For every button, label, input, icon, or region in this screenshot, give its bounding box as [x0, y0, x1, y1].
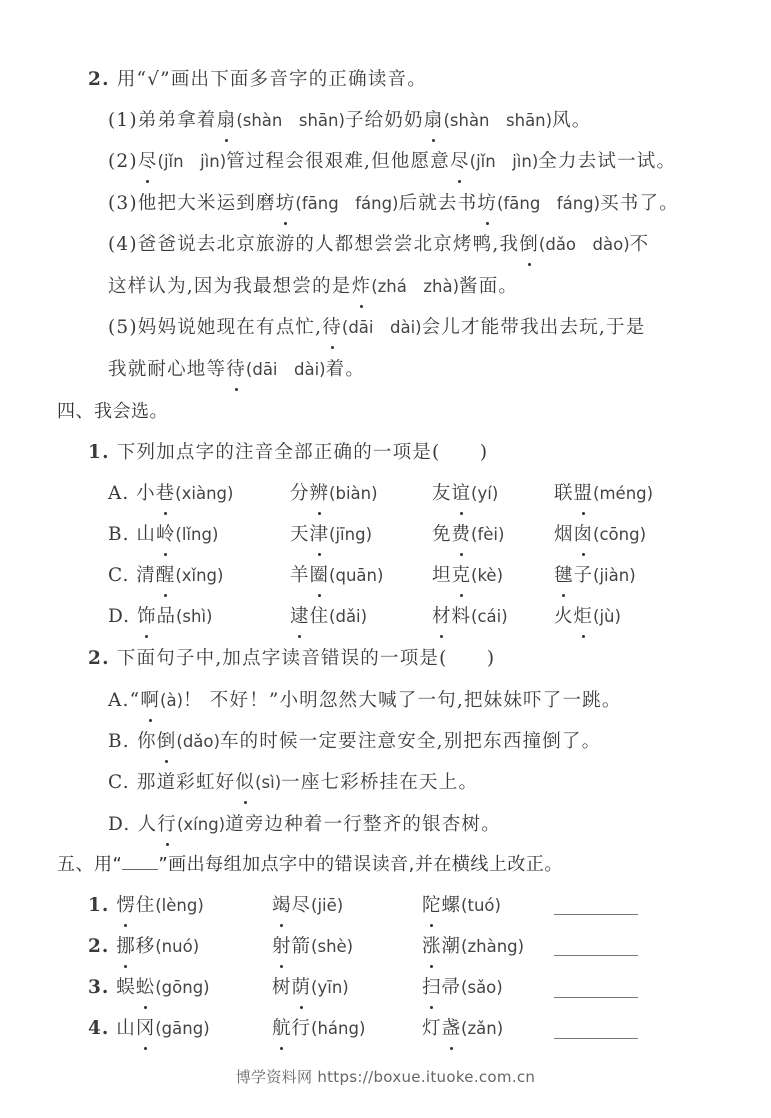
pinyin-choice[interactable]: (shàn shān)	[443, 111, 552, 130]
text: 那道彩虹好	[137, 772, 236, 793]
dotted-char: 醒	[156, 563, 176, 589]
q2-option-C[interactable]: C. 那道彩虹好似(sì)一座七彩桥挂在天上。	[108, 770, 478, 796]
pinyin[interactable]: (zǎn)	[461, 1019, 503, 1038]
pinyin: (cōng)	[593, 525, 646, 544]
pinyin: (lǐng)	[175, 525, 218, 544]
pinyin-choice[interactable]: (jǐn jìn)	[158, 152, 227, 171]
dotted-char: 毽	[554, 563, 574, 589]
option-word: A. 小巷(xiàng)	[108, 481, 233, 507]
dotted-char: 扇	[217, 108, 237, 134]
q2-item-4-line1: (4)爸爸说去北京旅游的人都想尝尝北京烤鸭,我倒(dǎo dào)不	[108, 232, 649, 258]
char: 天	[290, 524, 310, 545]
dotted-char: 饰	[137, 604, 157, 630]
option-word: B. 山岭(lǐng)	[108, 522, 218, 548]
text: 风。	[552, 110, 591, 131]
pinyin[interactable]: (zhàng)	[461, 937, 524, 956]
pinyin: (jiàn)	[593, 566, 636, 585]
pinyin[interactable]: (nuó)	[155, 937, 199, 956]
q2-item-3: (3)他把大米运到磨坊(fāng fáng)后就去书坊(fāng fáng)买书…	[108, 191, 679, 217]
dotted-char[interactable]: 扫	[422, 975, 442, 1001]
answer-blank[interactable]	[554, 1038, 638, 1039]
q2-option-A[interactable]: A.“啊(à)！ 不好！”小明忽然大喊了一句,把妹妹吓了一跳。	[108, 688, 622, 714]
section-5-heading: 五、用“”画出每组加点字中的错误读音,并在横线上改正。	[57, 852, 563, 878]
char: 清	[136, 565, 156, 586]
char: 灯	[422, 1018, 442, 1039]
text: ！ 不好！”小明忽然大喊了一句,把妹妹吓了一跳。	[183, 690, 622, 711]
dotted-char[interactable]: 盏	[442, 1016, 462, 1042]
pinyin: (shì)	[176, 607, 213, 626]
text: 一座七彩桥挂在天上。	[281, 772, 478, 793]
dotted-char: 待	[226, 357, 246, 383]
row-number: 4.	[88, 1018, 109, 1039]
option-label: D.	[108, 606, 130, 627]
pinyin-choice[interactable]: (dāi dài)	[342, 318, 422, 337]
char: 帚	[442, 977, 462, 998]
text: 会儿才能带我出去玩,于是	[422, 317, 646, 338]
pinyin: (jù)	[593, 607, 621, 626]
pinyin-choice[interactable]: (fāng fáng)	[295, 194, 398, 213]
text: 我就耐心地等	[108, 359, 226, 380]
section4-q2-title: 2. 下面句子中,加点字读音错误的一项是( )	[88, 646, 495, 672]
word: 4. 山冈(gāng)	[88, 1016, 210, 1042]
text: (4)爸爸说去北京旅游的人都想尝尝北京烤鸭,我	[108, 234, 519, 255]
text: 全力去试一试。	[538, 151, 676, 172]
pinyin[interactable]: (lèng)	[155, 896, 204, 915]
dotted-char[interactable]: 挪	[116, 934, 136, 960]
pinyin-choice[interactable]: (zhá zhà)	[371, 277, 459, 296]
answer-blank[interactable]	[554, 914, 638, 915]
pinyin: (biàn)	[329, 484, 378, 503]
text: 酱面。	[459, 276, 518, 297]
question-2-title: 2. 用“√”画出下面多音字的正确读音。	[88, 67, 427, 93]
pinyin[interactable]: (yīn)	[311, 978, 349, 997]
pinyin[interactable]: (háng)	[311, 1019, 365, 1038]
q2-item-5-line2: 我就耐心地等待(dāi dài)着。	[108, 357, 365, 383]
heading-text: 五、用“	[57, 854, 122, 875]
question-number: 2.	[88, 648, 110, 669]
option-label: D.	[108, 814, 130, 835]
char: 品	[156, 606, 176, 627]
char: 住	[310, 606, 330, 627]
word: 灯盏(zǎn)	[422, 1016, 503, 1042]
dotted-char: 似	[235, 770, 255, 796]
char: 树	[272, 977, 292, 998]
text: 你	[137, 731, 157, 752]
word: 射箭(shè)	[272, 934, 353, 960]
dotted-char[interactable]: 射	[272, 934, 292, 960]
option-word: 羊圈(quān)	[290, 563, 383, 589]
dotted-char: 尽	[450, 149, 470, 175]
text: (1)弟弟拿着	[108, 110, 217, 131]
pinyin: (fèi)	[471, 525, 504, 544]
option-label: B.	[108, 524, 129, 545]
footer-watermark: 博学资料网 https://boxue.ituoke.com.cn	[0, 1066, 771, 1087]
pinyin: (à)	[160, 691, 183, 710]
text: (2)	[108, 151, 138, 172]
pinyin: (cái)	[471, 607, 508, 626]
q2-item-1: (1)弟弟拿着扇(shàn shān)子给奶奶扇(shàn shān)风。	[108, 108, 591, 134]
option-label: B.	[108, 731, 130, 752]
text: 人	[138, 814, 158, 835]
text: 车的时候一定要注意安全,别把东西撞倒了。	[220, 731, 601, 752]
pinyin[interactable]: (jiē)	[311, 896, 343, 915]
text: 不	[630, 234, 650, 255]
underline-sample	[122, 855, 158, 870]
dotted-char: 待	[322, 315, 342, 341]
option-word: 逮住(dǎi)	[290, 604, 367, 630]
char: 住	[136, 895, 156, 916]
text: 管过程会很艰难,但他愿意	[226, 151, 450, 172]
dotted-char: 倒	[519, 232, 539, 258]
option-word: D. 饰品(shì)	[108, 604, 213, 630]
text: 后就去书	[399, 193, 478, 214]
q2-item-2: (2)尽(jǐn jìn)管过程会很艰难,但他愿意尽(jǐn jìn)全力去试一…	[108, 149, 676, 175]
pinyin[interactable]: (tuó)	[461, 896, 501, 915]
char: 火	[554, 606, 574, 627]
question-text: 下列加点字的注音全部正确的一项是( )	[117, 442, 488, 463]
char: 烟	[554, 524, 574, 545]
char: 移	[136, 936, 156, 957]
option-word: 分辨(biàn)	[290, 481, 378, 507]
char: 羊	[290, 565, 310, 586]
text: (5)妈妈说她现在有点忙,	[108, 317, 322, 338]
answer-blank[interactable]	[554, 955, 638, 956]
dotted-char: 辨	[310, 481, 330, 507]
text: 子给奶奶	[345, 110, 424, 131]
dotted-char[interactable]: 冈	[136, 1016, 156, 1042]
dotted-char: 尽	[138, 149, 158, 175]
pinyin: (jīng)	[329, 525, 372, 544]
option-word: 坦克(kè)	[432, 563, 503, 589]
dotted-char: 克	[452, 563, 472, 589]
question-number: 1.	[88, 442, 110, 463]
section-4-heading: 四、我会选。	[57, 399, 168, 425]
pinyin[interactable]: (gāng)	[155, 1019, 209, 1038]
pinyin: (méng)	[593, 484, 653, 503]
q2-option-D[interactable]: D. 人行(xíng)道旁边种着一行整齐的银杏树。	[108, 812, 501, 838]
dotted-char[interactable]: 蚣	[136, 975, 156, 1001]
char: 坦	[432, 565, 452, 586]
dotted-char: 行	[157, 812, 177, 838]
pinyin-choice[interactable]: (dǎo dào)	[539, 235, 630, 254]
option-word: C. 清醒(xǐng)	[108, 563, 223, 589]
pinyin-choice[interactable]: (dāi dài)	[246, 360, 326, 379]
char: 友	[432, 483, 452, 504]
char: 行	[292, 1018, 312, 1039]
row-number: 1.	[88, 895, 109, 916]
option-word: 烟囱(cōng)	[554, 522, 646, 548]
char: 潮	[442, 936, 462, 957]
char: 箭	[292, 936, 312, 957]
char: 山	[116, 1018, 136, 1039]
option-word: 材料(cái)	[432, 604, 508, 630]
dotted-char: 津	[310, 522, 330, 548]
dotted-char: 盟	[574, 481, 594, 507]
pinyin[interactable]: (shè)	[311, 937, 353, 956]
char: 联	[554, 483, 574, 504]
dotted-char: 扇	[424, 108, 444, 134]
pinyin: (xǐng)	[175, 566, 223, 585]
dotted-char: 材	[432, 604, 452, 630]
word: 航行(háng)	[272, 1016, 365, 1042]
char: 蜈	[116, 977, 136, 998]
dotted-char: 炸	[351, 274, 371, 300]
option-label: C.	[108, 565, 129, 586]
char: 子	[574, 565, 594, 586]
pinyin[interactable]: (sǎo)	[461, 978, 503, 997]
option-word: 毽子(jiàn)	[554, 563, 636, 589]
text: 这样认为,因为我最想尝的是	[108, 276, 351, 297]
text: “	[130, 690, 141, 711]
option-word: 免费(fèi)	[432, 522, 504, 548]
dotted-char: 炬	[574, 604, 594, 630]
question-text: 用“√”画出下面多音字的正确读音。	[117, 69, 427, 90]
section4-q1-title: 1. 下列加点字的注音全部正确的一项是( )	[88, 440, 488, 466]
pinyin-choice[interactable]: (fāng fáng)	[497, 194, 600, 213]
option-label: A.	[108, 483, 129, 504]
option-word: 天津(jīng)	[290, 522, 372, 548]
pinyin-choice[interactable]: (jǐn jìn)	[470, 152, 539, 171]
word: 1. 愣住(lèng)	[88, 893, 204, 919]
option-word: 火炬(jù)	[554, 604, 621, 630]
pinyin[interactable]: (gōng)	[155, 978, 209, 997]
char: 小	[136, 483, 156, 504]
pinyin: (xiàng)	[175, 484, 233, 503]
text: 道旁边种着一行整齐的银杏树。	[225, 814, 501, 835]
word: 扫帚(sǎo)	[422, 975, 503, 1001]
dotted-char: 坊	[276, 191, 296, 217]
dotted-char: 倒	[157, 729, 177, 755]
q2-item-5-line1: (5)妈妈说她现在有点忙,待(dāi dài)会儿才能带我出去玩,于是	[108, 315, 645, 341]
pinyin: (yí)	[471, 484, 498, 503]
dotted-char: 圈	[310, 563, 330, 589]
text: (3)他把大米运到磨	[108, 193, 276, 214]
pinyin-choice[interactable]: (shàn shān)	[236, 111, 345, 130]
option-label: A.	[108, 690, 130, 711]
heading-text: ”画出每组加点字中的错误读音,并在横线上改正。	[158, 854, 563, 875]
word: 竭尽(jiē)	[272, 893, 343, 919]
pinyin: (quān)	[329, 566, 383, 585]
answer-blank[interactable]	[554, 997, 638, 998]
dotted-char[interactable]: 愣	[116, 893, 136, 919]
option-word: 友谊(yí)	[432, 481, 498, 507]
pinyin: (dǎo)	[176, 732, 220, 751]
option-word: 联盟(méng)	[554, 481, 653, 507]
dotted-char: 囱	[574, 522, 594, 548]
dotted-char[interactable]: 荫	[292, 975, 312, 1001]
option-label: C.	[108, 772, 130, 793]
word: 2. 挪移(nuó)	[88, 934, 199, 960]
char: 尽	[292, 895, 312, 916]
row-number: 3.	[88, 977, 109, 998]
char: 分	[290, 483, 310, 504]
dotted-char: 巷	[156, 481, 176, 507]
row-number: 2.	[88, 936, 109, 957]
char: 料	[452, 606, 472, 627]
dotted-char[interactable]: 涨	[422, 934, 442, 960]
word: 3. 蜈蚣(gōng)	[88, 975, 210, 1001]
text: 着。	[326, 359, 365, 380]
dotted-char: 费	[452, 522, 472, 548]
q2-option-B[interactable]: B. 你倒(dǎo)车的时候一定要注意安全,别把东西撞倒了。	[108, 729, 601, 755]
word: 涨潮(zhàng)	[422, 934, 524, 960]
text: 买书了。	[600, 193, 679, 214]
pinyin: (dǎi)	[329, 607, 367, 626]
char: 螺	[442, 895, 462, 916]
char: 山	[136, 524, 156, 545]
dotted-char[interactable]: 竭	[272, 893, 292, 919]
word: 树荫(yīn)	[272, 975, 349, 1001]
dotted-char: 岭	[156, 522, 176, 548]
dotted-char[interactable]: 航	[272, 1016, 292, 1042]
pinyin: (kè)	[471, 566, 503, 585]
pinyin: (xíng)	[177, 815, 225, 834]
dotted-char: 逮	[290, 604, 310, 630]
dotted-char: 啊	[140, 688, 160, 714]
dotted-char[interactable]: 陀	[422, 893, 442, 919]
question-text: 下面句子中,加点字读音错误的一项是( )	[117, 648, 496, 669]
dotted-char: 谊	[452, 481, 472, 507]
char: 免	[432, 524, 452, 545]
dotted-char: 坊	[477, 191, 497, 217]
q2-item-4-line2: 这样认为,因为我最想尝的是炸(zhá zhà)酱面。	[108, 274, 518, 300]
word: 陀螺(tuó)	[422, 893, 501, 919]
question-number: 2.	[88, 69, 110, 90]
pinyin: (sì)	[255, 773, 281, 792]
